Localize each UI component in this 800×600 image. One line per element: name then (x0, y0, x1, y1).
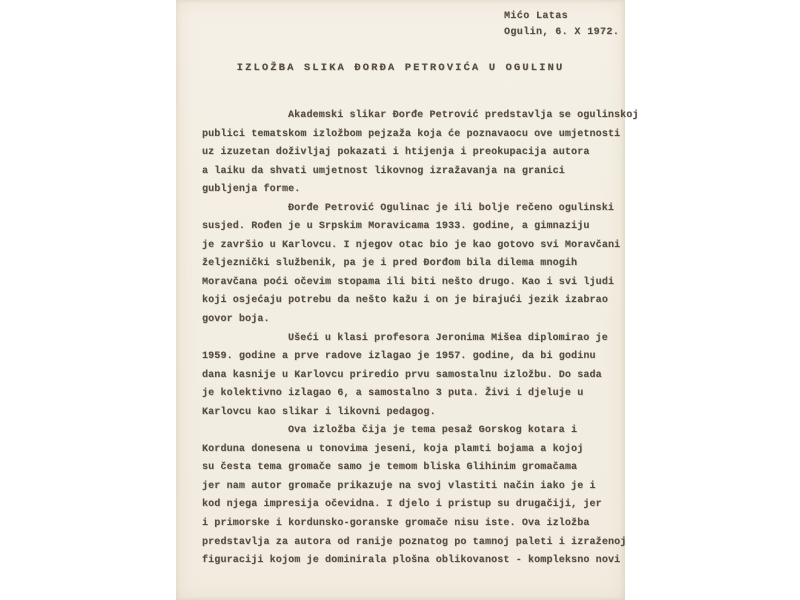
text-line: Korduna donesena u tonovima jeseni, koja… (202, 444, 612, 463)
document-header: Mićo Latas Ogulin, 6. X 1972. (504, 9, 619, 41)
text-line: govor boja. (202, 314, 612, 333)
text-line: susjed. Rođen je u Srpskim Moravicama 19… (202, 221, 612, 240)
typewritten-paper-sheet: Mićo Latas Ogulin, 6. X 1972. IZLOŽBA SL… (176, 0, 625, 600)
text-line: koji osjećaju potrebu da nešto kažu i on… (202, 295, 612, 314)
document-body: Akademski slikar Đorđe Petrović predstav… (202, 110, 612, 574)
text-line: uz izuzetan doživljaj pokazati i htijenj… (202, 147, 612, 166)
text-line: a laiku da shvati umjetnost likovnog izr… (202, 166, 612, 185)
text-line: su česta tema gromače samo je temom blis… (202, 462, 612, 481)
text-line: kod njega impresija očevidna. I djelo i … (202, 499, 612, 518)
text-line: Ova izložba čija je tema pesaž Gorskog k… (202, 425, 612, 444)
place-date-line: Ogulin, 6. X 1972. (504, 25, 619, 41)
text-line: Đorđe Petrović Ogulinac je ili bolje reč… (202, 203, 612, 222)
text-line: 1959. godine a prve radove izlagao je 19… (202, 351, 612, 370)
text-line: figuraciji kojom je dominirala plošna ob… (202, 555, 612, 574)
text-line: i primorske i kordunsko-goranske gromače… (202, 518, 612, 537)
text-line: željeznički službenik, pa je i pred Đorđ… (202, 258, 612, 277)
text-line: Ušeći u klasi profesora Jeronima Mišea d… (202, 333, 612, 352)
document-title: IZLOŽBA SLIKA ĐORĐA PETROVIĆA U OGULINU (176, 62, 625, 74)
text-line: dana kasnije u Karlovcu priredio prvu sa… (202, 370, 612, 389)
text-line: jer nam autor gromače prikazuje na svoj … (202, 481, 612, 500)
text-line: Karlovcu kao slikar i likovni pedagog. (202, 407, 612, 426)
text-line: gubljenja forme. (202, 184, 612, 203)
scanned-document-page: Mićo Latas Ogulin, 6. X 1972. IZLOŽBA SL… (0, 0, 800, 600)
author-name: Mićo Latas (504, 9, 619, 25)
text-line: je završio u Karlovcu. I njegov otac bio… (202, 240, 612, 259)
text-line: predstavlja za autora od ranije poznatog… (202, 537, 612, 556)
text-line: publici tematskom izložbom pejzaža koja … (202, 129, 612, 148)
text-line: je kolektivno izlagao 6, a samostalno 3 … (202, 388, 612, 407)
text-line: Moravčana poći očevim stopama ili biti n… (202, 277, 612, 296)
text-line: Akademski slikar Đorđe Petrović predstav… (202, 110, 612, 129)
